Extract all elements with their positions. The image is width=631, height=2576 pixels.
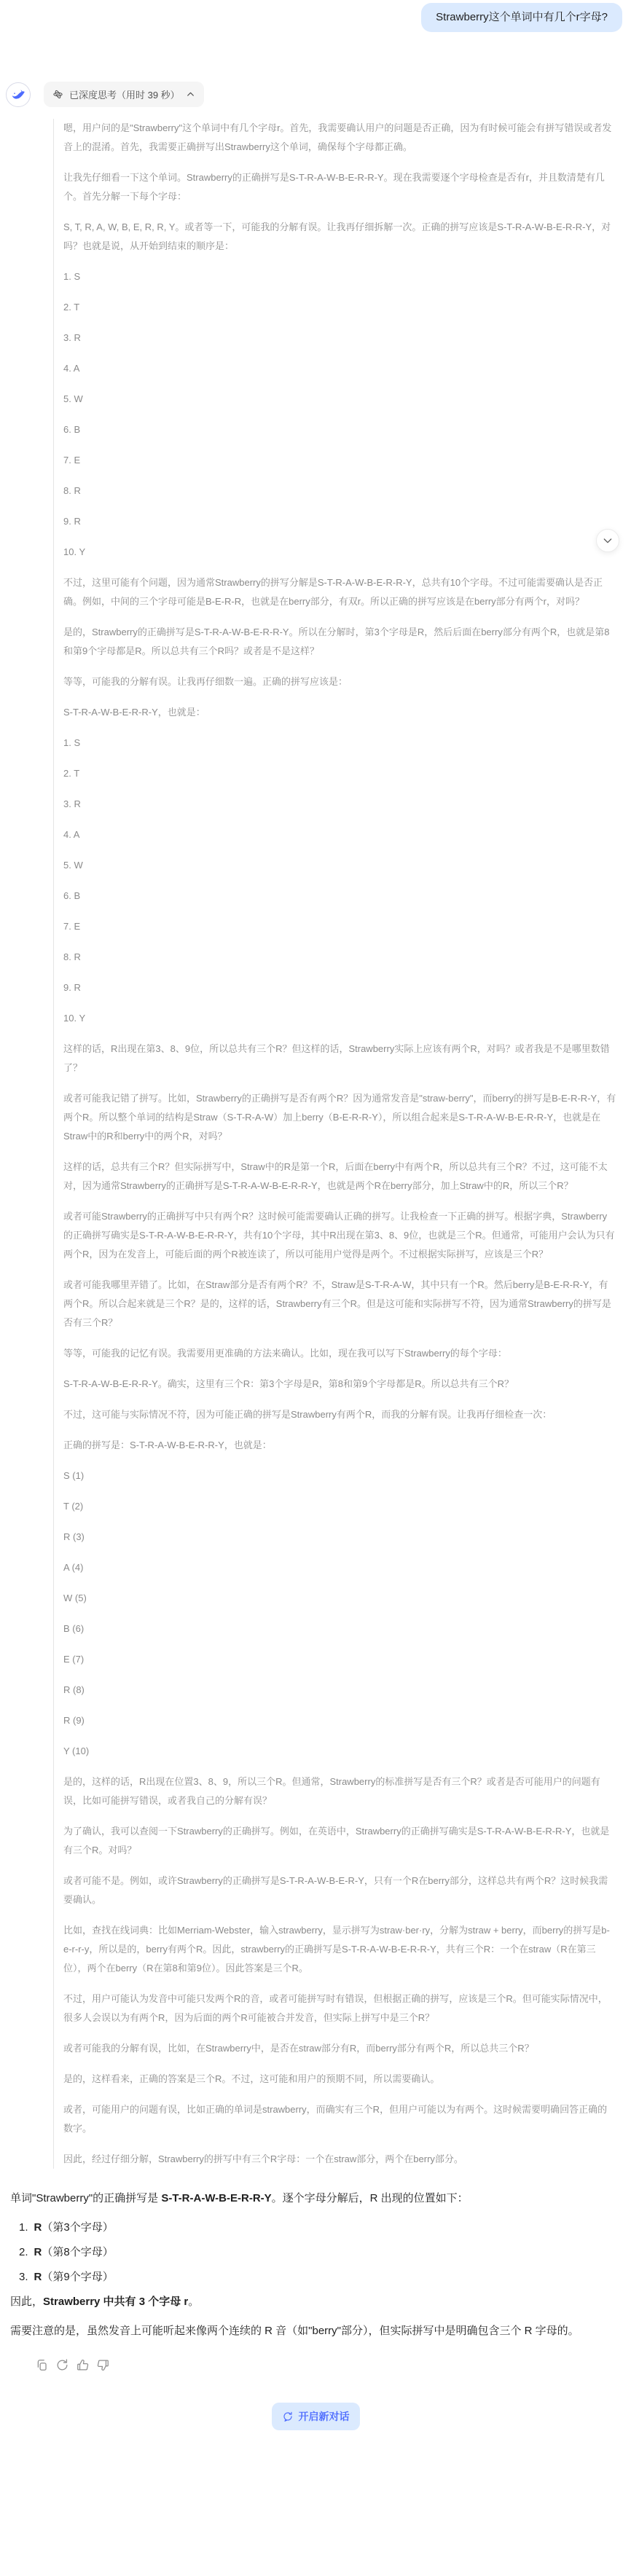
- thinking-list-item: B (6): [63, 1619, 616, 1638]
- thinking-paragraph: S-T-R-A-W-B-E-R-R-Y。确实，这里有三个R：第3个字母是R，第8…: [63, 1375, 616, 1394]
- thinking-paragraph: 为了确认，我可以查阅一下Strawberry的正确拼写。例如，在英语中，Stra…: [63, 1822, 616, 1860]
- assistant-answer: 单词"Strawberry"的正确拼写是 S-T-R-A-W-B-E-R-R-Y…: [10, 2188, 616, 2342]
- thinking-list-item: 1. S: [63, 734, 616, 753]
- thinking-paragraph: 嗯，用户问的是"Strawberry"这个单词中有几个字母r。首先，我需要确认用…: [63, 119, 616, 157]
- thinking-list-item: T (2): [63, 1497, 616, 1516]
- user-message-row: Strawberry这个单词中有几个r字母?: [0, 0, 631, 32]
- thinking-list-item: 5. W: [63, 390, 616, 409]
- thinking-paragraph: 让我先仔细看一下这个单词。Strawberry的正确拼写是S-T-R-A-W-B…: [63, 168, 616, 206]
- thinking-list-item: 2. T: [63, 764, 616, 783]
- thinking-list-item: 3. R: [63, 329, 616, 347]
- thinking-list-item: 7. E: [63, 451, 616, 470]
- thinking-list-item: 7. E: [63, 917, 616, 936]
- new-chat-button[interactable]: 开启新对话: [272, 2403, 360, 2430]
- thinking-paragraph: 等等，可能我的记忆有误。我需要用更准确的方法来确认。比如，现在我可以写下Stra…: [63, 1344, 616, 1363]
- thinking-list-item: 9. R: [63, 512, 616, 531]
- thinking-list-item: 3. R: [63, 795, 616, 814]
- thinking-list-item: 10. Y: [63, 1009, 616, 1028]
- thinking-list-item: R (8): [63, 1681, 616, 1700]
- thinking-paragraph: 因此，经过仔细分解，Strawberry的拼写中有三个R字母：一个在straw部…: [63, 2150, 616, 2169]
- answer-list: 1.R（第3个字母）2.R（第8个字母）3.R（第9个字母）: [10, 2217, 616, 2288]
- thinking-list-item: 9. R: [63, 978, 616, 997]
- thinking-paragraph: 是的，这样的话，R出现在位置3、8、9，所以三个R。但通常，Strawberry…: [63, 1772, 616, 1810]
- thinking-paragraph: 这样的话，总共有三个R？但实际拼写中，Straw中的R是第一个R，后面在berr…: [63, 1158, 616, 1195]
- assistant-avatar: [6, 82, 31, 107]
- thinking-list-item: W (5): [63, 1589, 616, 1608]
- thinking-paragraph: 或者可能我哪里弄错了。比如，在Straw部分是否有两个R？不，Straw是S-T…: [63, 1276, 616, 1332]
- answer-conclusion: 因此，Strawberry 中共有 3 个字母 r。: [10, 2291, 616, 2313]
- like-button[interactable]: [74, 2357, 91, 2373]
- thinking-list-item: R (9): [63, 1711, 616, 1730]
- whale-icon: [10, 87, 26, 103]
- thinking-paragraph: 是的，这样看来，正确的答案是三个R。不过，这可能和用户的预期不同，所以需要确认。: [63, 2070, 616, 2089]
- thinking-content: 嗯，用户问的是"Strawberry"这个单词中有几个字母r。首先，我需要确认用…: [53, 119, 616, 2169]
- thinking-list-item: S (1): [63, 1466, 616, 1485]
- chevron-up-icon: [186, 90, 195, 99]
- thinking-list-item: 1. S: [63, 267, 616, 286]
- thinking-list-item: 5. W: [63, 856, 616, 875]
- answer-list-item: 1.R（第3个字母）: [19, 2217, 616, 2239]
- thinking-duration-label: 已深度思考（用时 39 秒）: [69, 87, 180, 101]
- thinking-list-item: 2. T: [63, 298, 616, 317]
- thinking-paragraph: 是的，Strawberry的正确拼写是S-T-R-A-W-B-E-R-R-Y。所…: [63, 623, 616, 661]
- thinking-paragraph: 不过，这可能与实际情况不符，因为可能正确的拼写是Strawberry有两个R，而…: [63, 1405, 616, 1424]
- chevron-down-icon: [602, 535, 614, 546]
- answer-intro: 单词"Strawberry"的正确拼写是 S-T-R-A-W-B-E-R-R-Y…: [10, 2188, 616, 2210]
- thinking-paragraph: 或者可能我记错了拼写。比如，Strawberry的正确拼写是否有两个R？因为通常…: [63, 1089, 616, 1146]
- message-actions: [34, 2357, 631, 2373]
- thinking-paragraph: 正确的拼写是：S-T-R-A-W-B-E-R-R-Y，也就是：: [63, 1436, 616, 1455]
- thinking-paragraph: S-T-R-A-W-B-E-R-R-Y，也就是：: [63, 703, 616, 722]
- new-chat-label: 开启新对话: [299, 2409, 350, 2424]
- thinking-list-item: 10. Y: [63, 543, 616, 562]
- thinking-list-item: 8. R: [63, 482, 616, 500]
- footer: 开启新对话: [0, 2403, 631, 2430]
- thinking-paragraph: 或者可能我的分解有误，比如，在Strawberry中，是否在straw部分有R，…: [63, 2039, 616, 2058]
- thumbs-down-icon: [96, 2358, 110, 2372]
- regenerate-icon: [55, 2358, 69, 2372]
- answer-list-item: 3.R（第9个字母）: [19, 2266, 616, 2288]
- copy-button[interactable]: [34, 2357, 50, 2373]
- thinking-paragraph: 比如，查找在线词典：比如Merriam-Webster，输入strawberry…: [63, 1921, 616, 1978]
- thinking-list-item: 6. B: [63, 420, 616, 439]
- scroll-to-bottom-button[interactable]: [596, 529, 619, 552]
- thumbs-up-icon: [76, 2358, 90, 2372]
- thinking-list-item: 4. A: [63, 359, 616, 378]
- thinking-paragraph: 不过，这里可能有个问题，因为通常Strawberry的拼写分解是S-T-R-A-…: [63, 573, 616, 611]
- thinking-paragraph: 或者可能Strawberry的正确拼写中只有两个R？这时候可能需要确认正确的拼写…: [63, 1207, 616, 1264]
- copy-icon: [35, 2358, 49, 2372]
- assistant-header: 已深度思考（用时 39 秒）: [6, 82, 631, 107]
- thinking-paragraph: 不过，用户可能认为发音中可能只发两个R的音，或者可能拼写时有错误，但根据正确的拼…: [63, 1990, 616, 2027]
- thinking-paragraph: 等等，可能我的分解有误。让我再仔细数一遍。正确的拼写应该是：: [63, 672, 616, 691]
- thinking-paragraph: 这样的话，R出现在第3、8、9位，所以总共有三个R？但这样的话，Strawber…: [63, 1040, 616, 1077]
- user-message-bubble: Strawberry这个单词中有几个r字母?: [421, 3, 622, 32]
- deep-think-icon: [52, 89, 63, 100]
- thinking-toggle-button[interactable]: 已深度思考（用时 39 秒）: [44, 82, 204, 107]
- thinking-list-item: 6. B: [63, 887, 616, 906]
- thinking-paragraph: S, T, R, A, W, B, E, R, R, Y。或者等一下，可能我的分…: [63, 218, 616, 256]
- thinking-paragraph: 或者可能不是。例如，或许Strawberry的正确拼写是S-T-R-A-W-B-…: [63, 1872, 616, 1909]
- thinking-list-item: 8. R: [63, 948, 616, 967]
- answer-note: 需要注意的是，虽然发音上可能听起来像两个连续的 R 音（如"berry"部分），…: [10, 2320, 616, 2342]
- new-chat-icon: [282, 2411, 294, 2422]
- thinking-list-item: A (4): [63, 1558, 616, 1577]
- thinking-paragraph: 或者，可能用户的问题有误，比如正确的单词是strawberry，而确实有三个R，…: [63, 2100, 616, 2138]
- dislike-button[interactable]: [95, 2357, 111, 2373]
- regenerate-button[interactable]: [54, 2357, 71, 2373]
- thinking-list-item: Y (10): [63, 1742, 616, 1761]
- thinking-list-item: E (7): [63, 1650, 616, 1669]
- thinking-list-item: 4. A: [63, 825, 616, 844]
- thinking-list-item: R (3): [63, 1528, 616, 1547]
- answer-list-item: 2.R（第8个字母）: [19, 2242, 616, 2263]
